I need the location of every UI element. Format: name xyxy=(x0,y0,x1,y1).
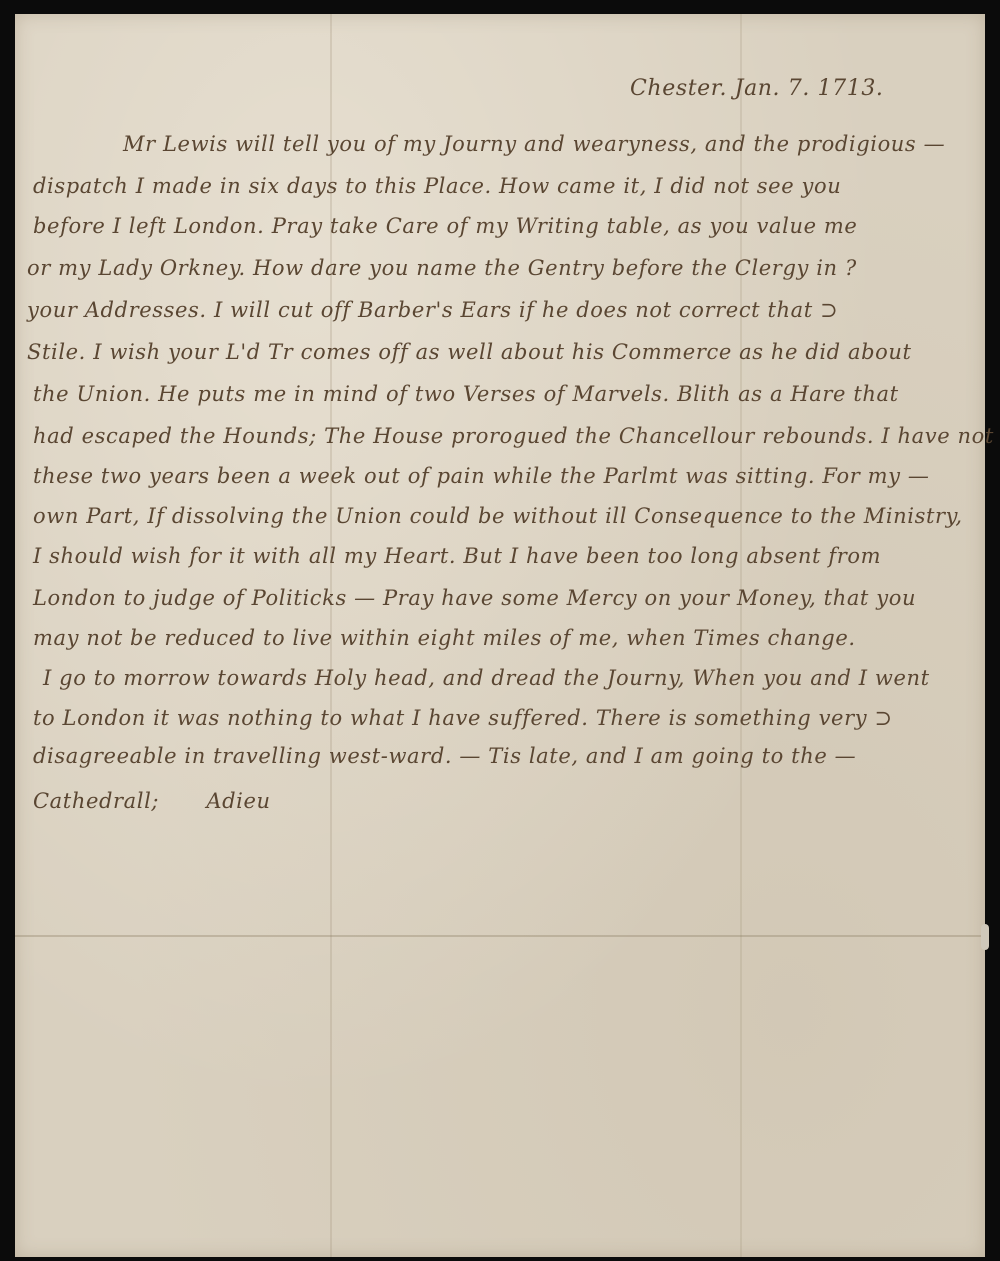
letter-line: may not be reduced to live within eight … xyxy=(33,626,856,650)
letter-line: before I left London. Pray take Care of … xyxy=(33,214,857,238)
letter-line: disagreeable in travelling west-ward. — … xyxy=(33,744,856,768)
letter-line: Mr Lewis will tell you of my Journy and … xyxy=(123,132,945,156)
paper-tear xyxy=(981,924,989,950)
letter-line: these two years been a week out of pain … xyxy=(33,464,929,488)
letter-line: I go to morrow towards Holy head, and dr… xyxy=(43,666,930,690)
letter-paper: Chester. Jan. 7. 1713. Mr Lewis will tel… xyxy=(15,14,985,1257)
horizontal-fold-line xyxy=(15,935,985,937)
letter-line: had escaped the Hounds; The House prorog… xyxy=(33,424,994,448)
closing-text: Cathedrall; xyxy=(33,789,159,813)
letter-line: I should wish for it with all my Heart. … xyxy=(33,544,881,568)
letter-line: your Addresses. I will cut off Barber's … xyxy=(27,298,838,322)
letter-line: the Union. He puts me in mind of two Ver… xyxy=(33,382,899,406)
letter-line: dispatch I made in six days to this Plac… xyxy=(33,174,841,198)
letter-line: own Part, If dissolving the Union could … xyxy=(33,504,963,528)
letter-line: or my Lady Orkney. How dare you name the… xyxy=(27,256,857,280)
letter-line: London to judge of Politicks — Pray have… xyxy=(33,586,916,610)
letter-line: Stile. I wish your L'd Tr comes off as w… xyxy=(27,340,912,364)
letter-line: to London it was nothing to what I have … xyxy=(33,706,893,730)
closing-line: Cathedrall; Adieu xyxy=(33,789,271,813)
signoff: Adieu xyxy=(206,789,270,813)
dateline: Chester. Jan. 7. 1713. xyxy=(630,76,884,101)
